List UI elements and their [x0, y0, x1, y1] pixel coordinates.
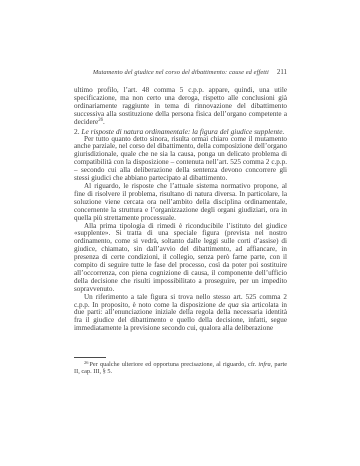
- latin-phrase: de qua: [219, 301, 239, 309]
- footnote: 26Per qualche ulteriore ed opportuna pre…: [74, 361, 287, 376]
- footnote-separator-rule: [74, 357, 106, 358]
- paragraph-continuation: ultimo profilo, l’art. 48 comma 5 c.p.p.…: [74, 87, 287, 127]
- paragraph-text: ultimo profilo, l’art. 48 comma 5 c.p.p.…: [74, 86, 287, 126]
- running-head-title: Mutamento del giudice nel corso del diba…: [93, 69, 269, 76]
- paragraph-end-punctuation: .: [103, 118, 105, 126]
- latin-phrase: infra: [258, 361, 270, 368]
- footnote-area: 26Per qualche ulteriore ed opportuna pre…: [74, 357, 287, 376]
- main-text-column: ultimo profilo, l’art. 48 comma 5 c.p.p.…: [74, 87, 287, 333]
- paragraph: Alla prima tipologia di rimedi è ricondu…: [74, 223, 287, 294]
- footnote-text: Per qualche ulteriore ed opportuna preci…: [89, 361, 258, 368]
- footnote-reference: 26: [98, 118, 103, 123]
- paragraph: Al riguardo, le risposte che l’attuale s…: [74, 183, 287, 223]
- book-page: Mutamento del giudice nel corso del diba…: [0, 0, 360, 466]
- paragraph: Un riferimento a tale figura si trova ne…: [74, 294, 287, 334]
- running-head: Mutamento del giudice nel corso del diba…: [74, 69, 287, 76]
- page-number: 211: [277, 69, 287, 76]
- paragraph: Per tutto quanto detto sinora, risulta o…: [74, 136, 287, 183]
- footnote-marker: 26: [84, 360, 88, 365]
